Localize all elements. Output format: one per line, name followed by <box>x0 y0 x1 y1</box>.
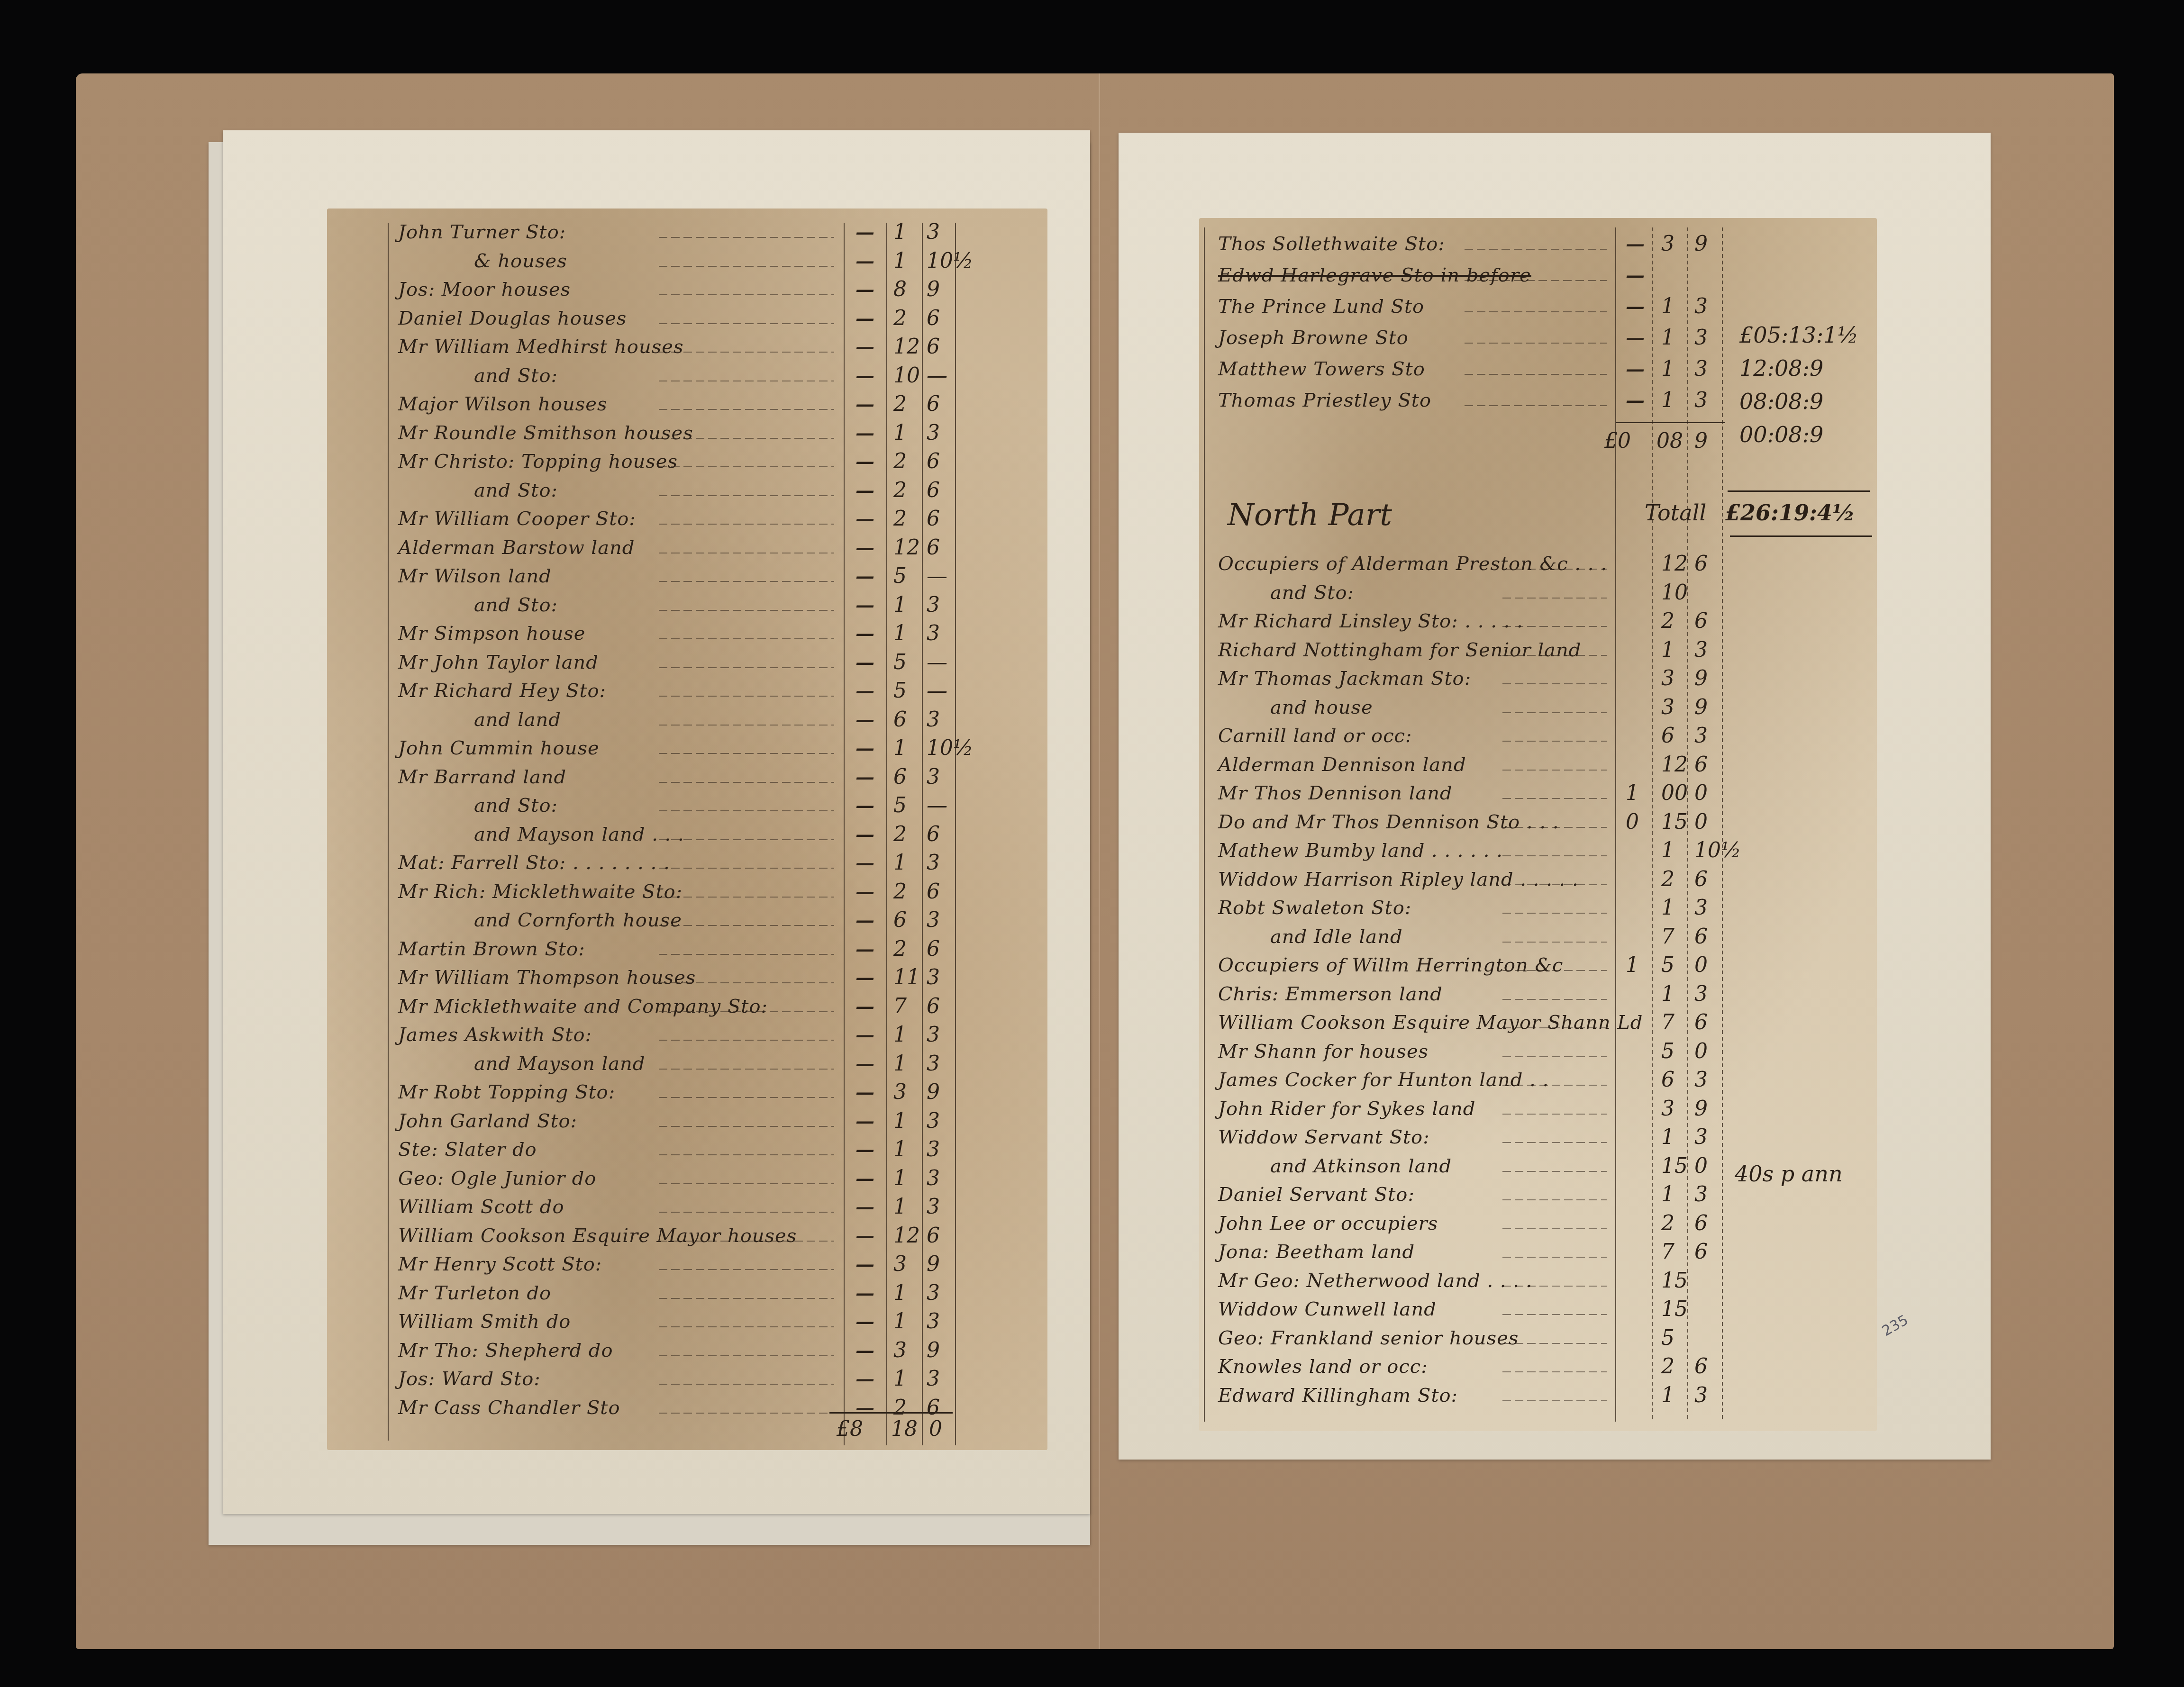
grand-total-bottom-rule <box>1730 535 1872 537</box>
leader-line <box>659 1355 834 1356</box>
ledger-shillings: 2 <box>893 304 907 333</box>
ledger-pounds: — <box>855 734 874 762</box>
ledger-pounds: — <box>855 706 874 734</box>
ledger-pence: 3 <box>1694 1066 1708 1094</box>
ledger-row: Knowles land or occ:26 <box>1199 1352 1872 1381</box>
leader-line <box>659 610 834 611</box>
ledger-entry-name: The Prince Lund Sto <box>1218 292 1424 321</box>
leader-line <box>1502 683 1607 684</box>
ledger-entry-name: Mr Rich: Micklethwaite Sto: <box>398 878 682 906</box>
leader-line <box>659 524 834 525</box>
ledger-pence: 0 <box>1694 951 1708 980</box>
ledger-shillings: 15 <box>1661 1295 1688 1324</box>
ledger-shillings: 6 <box>893 706 907 734</box>
ledger-shillings: 1 <box>893 218 907 246</box>
ledger-entry-name: Mr Richard Hey Sto: <box>398 677 606 705</box>
ledger-shillings: 1 <box>893 1279 907 1307</box>
right-manuscript-page: Thos Sollethwaite Sto:—39Edwd Harlegrave… <box>1199 218 1877 1431</box>
ledger-pence: 6 <box>1694 923 1708 951</box>
ledger-pence: 3 <box>927 1193 940 1221</box>
leader-line <box>1465 311 1607 312</box>
ledger-row: Mr Thos Dennison land1000 <box>1199 779 1872 807</box>
ledger-row: Mr Simpson house—13 <box>327 619 1038 648</box>
ledger-row: Mr Geo: Netherwood land . . . .15 <box>1199 1267 1872 1295</box>
ledger-shillings: 7 <box>1661 1008 1674 1037</box>
ledger-pounds: — <box>855 447 874 476</box>
ledger-shillings: 1 <box>893 1050 907 1078</box>
ledger-row: William Cookson Esquire Mayor Shann Ld76 <box>1199 1008 1872 1037</box>
leader-line <box>659 1040 834 1041</box>
ledger-pounds: — <box>855 763 874 791</box>
ledger-shillings: 2 <box>893 878 907 906</box>
ledger-pounds: — <box>855 1021 874 1049</box>
ledger-row: Thos Sollethwaite Sto:—39 <box>1199 230 1872 258</box>
ledger-pence: — <box>927 791 947 820</box>
ledger-row: John Cummin house—110½ <box>327 734 1038 762</box>
ledger-row: Occupiers of Willm Herrington &c150 <box>1199 951 1872 980</box>
ledger-entry-name: Ste: Slater do <box>398 1135 537 1164</box>
ledger-entry-name: Jos: Ward Sto: <box>398 1365 541 1393</box>
ledger-entry-name: Thomas Priestley Sto <box>1218 386 1431 415</box>
ledger-pence: 6 <box>927 992 940 1021</box>
ledger-entry-name: John Cummin house <box>398 734 600 762</box>
ledger-row: and Sto:—13 <box>327 591 1038 619</box>
ledger-row: Robt Swaleton Sto:13 <box>1199 894 1872 922</box>
ledger-row: Carnill land or occ:63 <box>1199 722 1872 750</box>
margin-sum: £05:13:1½ <box>1739 322 1858 348</box>
ledger-entry-name: Mr Turleton do <box>398 1279 551 1307</box>
ledger-row: Mathew Bumby land . . . . . .110½ <box>1199 836 1872 865</box>
leader-line <box>659 925 834 926</box>
ledger-entry-name: and Idle land <box>1270 923 1403 951</box>
ledger-pounds: 0 <box>1626 808 1639 836</box>
ledger-pence: 9 <box>1694 693 1708 722</box>
ledger-pence: 6 <box>927 935 940 963</box>
ledger-row: Chris: Emmerson land13 <box>1199 980 1872 1008</box>
ledger-row: William Cookson Esquire Mayor houses—126 <box>327 1222 1038 1250</box>
ledger-row: Jona: Beetham land76 <box>1199 1238 1872 1266</box>
ledger-shillings: 3 <box>893 1078 907 1107</box>
ledger-pence: 3 <box>1694 324 1708 352</box>
left-manuscript-page: John Turner Sto:—13& houses—110½Jos: Moo… <box>327 209 1047 1450</box>
ledger-row: Mr Richard Hey Sto:—5— <box>327 677 1038 705</box>
ledger-pence: — <box>927 562 947 590</box>
ledger-pounds: — <box>855 1050 874 1078</box>
ledger-pounds: — <box>855 1250 874 1279</box>
ledger-shillings: 1 <box>1661 292 1674 321</box>
ledger-row: Alderman Dennison land126 <box>1199 751 1872 779</box>
ledger-shillings: 5 <box>893 648 907 677</box>
ledger-row: Ste: Slater do—13 <box>327 1135 1038 1164</box>
ledger-row: Martin Brown Sto:—26 <box>327 935 1038 963</box>
ledger-pence: 6 <box>927 878 940 906</box>
section-heading-north-part: North Part <box>1228 498 1392 533</box>
ledger-pounds: — <box>855 591 874 619</box>
ledger-row: Widdow Servant Sto:13 <box>1199 1123 1872 1152</box>
ledger-entry-name: Mr Barrand land <box>398 763 566 791</box>
ledger-row: William Scott do—13 <box>327 1193 1038 1221</box>
ledger-shillings: 5 <box>1661 1324 1674 1352</box>
leader-line <box>659 868 834 869</box>
ledger-shillings: 1 <box>1661 1381 1674 1410</box>
ledger-entry-name: Matthew Towers Sto <box>1218 355 1425 383</box>
ledger-entry-name: Mr Shann for houses <box>1218 1037 1429 1066</box>
ledger-pence: 6 <box>927 820 940 849</box>
ledger-pence: 6 <box>927 304 940 333</box>
ledger-entry-name: Do and Mr Thos Dennison Sto . . . <box>1218 808 1559 836</box>
leader-line <box>659 581 834 582</box>
leader-line <box>659 1212 834 1213</box>
ledger-pence: 3 <box>1694 355 1708 383</box>
ledger-shillings: 1 <box>1661 1180 1674 1209</box>
ledger-pounds: — <box>855 247 874 275</box>
ledger-row: Mr Henry Scott Sto:—39 <box>327 1250 1038 1279</box>
leader-line <box>659 266 834 267</box>
ledger-shillings: 6 <box>1661 722 1674 750</box>
right-subtotal-shillings: 08 <box>1656 429 1683 453</box>
ledger-pounds: — <box>855 935 874 963</box>
ledger-row: and Idle land76 <box>1199 923 1872 951</box>
ledger-entry-name: Mr Tho: Shepherd do <box>398 1336 613 1365</box>
ledger-pence: 3 <box>927 849 940 877</box>
ledger-row: Mr William Cooper Sto:—26 <box>327 505 1038 533</box>
leader-line <box>659 409 834 410</box>
ledger-row: Jos: Ward Sto:—13 <box>327 1365 1038 1393</box>
ledger-row: Mr Wilson land—5— <box>327 562 1038 590</box>
ledger-shillings: 1 <box>893 1365 907 1393</box>
leader-line <box>659 1326 834 1327</box>
ledger-pence: 3 <box>1694 980 1708 1008</box>
leader-line <box>1502 598 1607 599</box>
ledger-pence: 3 <box>927 706 940 734</box>
ledger-pence: 9 <box>927 1078 940 1107</box>
grand-total-value: £26:19:4½ <box>1725 500 1855 526</box>
ledger-shillings: 6 <box>893 763 907 791</box>
ledger-shillings: 2 <box>1661 1352 1674 1381</box>
ledger-entry-name: Geo: Ogle Junior do <box>398 1164 596 1193</box>
leader-line <box>1502 999 1607 1000</box>
ledger-pence: 6 <box>1694 1238 1708 1266</box>
ledger-shillings: 15 <box>1661 1267 1688 1295</box>
ledger-pounds: — <box>855 304 874 333</box>
ledger-shillings: 2 <box>1661 865 1674 894</box>
leader-line <box>659 954 834 955</box>
leader-line <box>1502 1314 1607 1315</box>
ledger-pounds: — <box>1626 230 1645 258</box>
ledger-row: and Sto:10 <box>1199 579 1872 607</box>
leader-line <box>659 782 834 783</box>
ledger-entry-name: Mr William Medhirst houses <box>398 333 683 361</box>
ledger-pounds: — <box>855 562 874 590</box>
ledger-row: Geo: Frankland senior houses5 <box>1199 1324 1872 1352</box>
ledger-pence: 6 <box>927 534 940 562</box>
ledger-shillings: 12 <box>893 333 920 361</box>
leader-line <box>659 381 834 381</box>
ledger-pence: 10½ <box>927 734 974 762</box>
ledger-entry-name: Martin Brown Sto: <box>398 935 585 963</box>
ledger-shillings: 12 <box>1661 751 1688 779</box>
ledger-row: Mr Thomas Jackman Sto:39 <box>1199 664 1872 693</box>
ledger-pounds: — <box>855 1107 874 1135</box>
leader-line <box>659 1069 834 1070</box>
ledger-pounds: — <box>855 1279 874 1307</box>
ledger-entry-name: William Cookson Esquire Mayor Shann Ld <box>1218 1008 1643 1037</box>
ledger-pence: 3 <box>927 619 940 648</box>
leader-line <box>1502 1114 1607 1115</box>
ledger-shillings: 3 <box>893 1336 907 1365</box>
left-total-pounds: £8 <box>837 1417 863 1441</box>
ledger-pounds: — <box>855 390 874 418</box>
ledger-pence: 3 <box>927 1307 940 1336</box>
ledger-pence: 6 <box>1694 1008 1708 1037</box>
ledger-pounds: — <box>855 1307 874 1336</box>
ledger-entry-name: Mr Wilson land <box>398 562 552 590</box>
ledger-shillings: 1 <box>893 419 907 447</box>
leader-line <box>1502 770 1607 771</box>
leader-line <box>1502 1027 1607 1028</box>
ledger-entry-name: and Sto: <box>474 791 558 820</box>
ledger-pence: 6 <box>1694 1352 1708 1381</box>
ledger-pence: 6 <box>927 505 940 533</box>
leader-line <box>659 1298 834 1299</box>
ledger-pence: 9 <box>1694 664 1708 693</box>
ledger-pounds: — <box>855 476 874 505</box>
ledger-row: James Askwith Sto:—13 <box>327 1021 1038 1049</box>
ledger-entry-name: and house <box>1270 693 1373 722</box>
ledger-pounds: — <box>855 1135 874 1164</box>
ledger-shillings: 1 <box>893 1164 907 1193</box>
margin-note-per-annum: 40s p ann <box>1735 1161 1843 1187</box>
ledger-shillings: 1 <box>1661 894 1674 922</box>
ledger-entry-name: Mr Christo: Topping houses <box>398 447 678 476</box>
leader-line <box>659 1413 834 1414</box>
leader-line <box>1465 280 1607 281</box>
ledger-pence: 3 <box>927 419 940 447</box>
ledger-pence: 3 <box>1694 894 1708 922</box>
ledger-entry-name: Jos: Moor houses <box>398 275 571 304</box>
ledger-pounds: — <box>1626 355 1645 383</box>
leader-line <box>1502 1085 1607 1086</box>
ledger-pence: 9 <box>927 275 940 304</box>
ledger-shillings: 2 <box>1661 607 1674 635</box>
ledger-pounds: — <box>855 963 874 992</box>
ledger-entry-name: Carnill land or occ: <box>1218 722 1412 750</box>
ledger-shillings: 3 <box>893 1250 907 1279</box>
leader-line <box>659 294 834 295</box>
ledger-pence: 3 <box>1694 1123 1708 1152</box>
ledger-pounds: — <box>855 791 874 820</box>
ledger-shillings: 3 <box>1661 664 1674 693</box>
ledger-shillings: 1 <box>1661 324 1674 352</box>
ledger-pounds: — <box>855 1365 874 1393</box>
ledger-pounds: — <box>855 648 874 677</box>
ledger-pence: — <box>927 677 947 705</box>
leader-line <box>1465 249 1607 250</box>
leader-line <box>1502 1171 1607 1172</box>
ledger-pence: 0 <box>1694 808 1708 836</box>
ledger-row: and house39 <box>1199 693 1872 722</box>
ledger-pence: 0 <box>1694 1037 1708 1066</box>
ledger-entry-name: James Cocker for Hunton land . . <box>1218 1066 1549 1094</box>
ledger-shillings: 5 <box>893 677 907 705</box>
leader-line <box>1502 942 1607 943</box>
ledger-row: and land—63 <box>327 706 1038 734</box>
ledger-entry-name: Mr Geo: Netherwood land . . . . <box>1218 1267 1532 1295</box>
ledger-entry-name: William Scott do <box>398 1193 564 1221</box>
ledger-shillings: 8 <box>893 275 907 304</box>
ledger-row: John Turner Sto:—13 <box>327 218 1038 246</box>
right-subtotal-rule <box>1616 422 1725 423</box>
ledger-row: Mat: Farrell Sto: . . . . . . . .—13 <box>327 849 1038 877</box>
ledger-entry-name: John Turner Sto: <box>398 218 566 246</box>
ledger-shillings: 10 <box>893 362 920 390</box>
ledger-entry-name: Mr Simpson house <box>398 619 585 648</box>
ledger-entry-name: Occupiers of Willm Herrington &c <box>1218 951 1563 980</box>
leader-line <box>659 1097 834 1098</box>
ledger-entry-name: Chris: Emmerson land <box>1218 980 1443 1008</box>
ledger-row: Alderman Barstow land—126 <box>327 534 1038 562</box>
leader-line <box>1502 655 1607 656</box>
ledger-entry-name: John Garland Sto: <box>398 1107 577 1135</box>
ledger-pounds: — <box>855 992 874 1021</box>
ledger-entry-name: and Sto: <box>474 476 558 505</box>
ledger-pence: 0 <box>1694 1152 1708 1180</box>
ledger-shillings: 12 <box>1661 550 1688 578</box>
leader-line <box>1502 855 1607 856</box>
leader-line <box>659 725 834 726</box>
ledger-pence: 3 <box>1694 1381 1708 1410</box>
ledger-entry-name: and Sto: <box>1270 579 1354 607</box>
ledger-row: Widdow Cunwell land15 <box>1199 1295 1872 1324</box>
leader-line <box>1502 1056 1607 1057</box>
ledger-row: James Cocker for Hunton land . .63 <box>1199 1066 1872 1094</box>
leader-line <box>659 1126 834 1127</box>
ledger-pounds: — <box>855 1078 874 1107</box>
ledger-pounds: — <box>855 906 874 934</box>
ledger-entry-name: Major Wilson houses <box>398 390 608 418</box>
ledger-entry-name: Edwd Harlegrave Sto in before <box>1218 261 1531 290</box>
ledger-row: Mr Rich: Micklethwaite Sto:—26 <box>327 878 1038 906</box>
ledger-pounds: — <box>855 419 874 447</box>
right-subtotal-pounds: £0 <box>1604 429 1631 453</box>
ledger-entry-name: Mat: Farrell Sto: . . . . . . . . <box>398 849 670 877</box>
ledger-pence: 6 <box>927 476 940 505</box>
leader-line <box>1502 884 1607 885</box>
ledger-shillings: 2 <box>893 820 907 849</box>
leader-line <box>659 696 834 697</box>
ledger-entry-name: Daniel Servant Sto: <box>1218 1180 1415 1209</box>
ledger-entry-name: Geo: Frankland senior houses <box>1218 1324 1519 1352</box>
ledger-entry-name: and Sto: <box>474 362 558 390</box>
leader-line <box>659 638 834 639</box>
ledger-row: John Lee or occupiers26 <box>1199 1209 1872 1238</box>
ledger-pounds: — <box>1626 386 1645 415</box>
ledger-entry-name: Mr Thomas Jackman Sto: <box>1218 664 1471 693</box>
ledger-row: and Mayson land—13 <box>327 1050 1038 1078</box>
ledger-row: Mr Roundle Smithson houses—13 <box>327 419 1038 447</box>
ledger-pence: 3 <box>927 218 940 246</box>
ledger-row: John Rider for Sykes land39 <box>1199 1095 1872 1123</box>
ledger-row: and Mayson land . . .—26 <box>327 820 1038 849</box>
ledger-pence: 6 <box>1694 865 1708 894</box>
ledger-shillings: 1 <box>893 591 907 619</box>
ledger-row: Major Wilson houses—26 <box>327 390 1038 418</box>
ledger-pence: 3 <box>927 1279 940 1307</box>
ledger-shillings: 12 <box>893 534 920 562</box>
ledger-pence: 3 <box>927 1021 940 1049</box>
ledger-row: and Sto:—26 <box>327 476 1038 505</box>
ledger-pounds: — <box>855 1193 874 1221</box>
leader-line <box>1502 1343 1607 1344</box>
leader-line <box>659 1384 834 1385</box>
ledger-pounds: — <box>855 849 874 877</box>
margin-sum: 12:08:9 <box>1739 355 1823 381</box>
leader-line <box>1502 1257 1607 1258</box>
ledger-pounds: — <box>855 362 874 390</box>
ledger-shillings: 2 <box>1661 1209 1674 1238</box>
ledger-pence: 6 <box>1694 550 1708 578</box>
ledger-entry-name: Mr Henry Scott Sto: <box>398 1250 602 1279</box>
leader-line <box>659 553 834 553</box>
ledger-shillings: 1 <box>893 849 907 877</box>
ledger-pounds: — <box>855 1222 874 1250</box>
mount-board-fold <box>1099 73 1100 1649</box>
ledger-entry-name: Joseph Browne Sto <box>1218 324 1409 352</box>
ledger-entry-name: Richard Nottingham for Senior land <box>1218 636 1581 664</box>
leader-line <box>659 1183 834 1184</box>
ledger-pence: 9 <box>927 1336 940 1365</box>
ledger-shillings: 1 <box>893 1021 907 1049</box>
leader-line <box>659 897 834 898</box>
grand-total-label: Totall <box>1645 500 1706 526</box>
ledger-shillings: 1 <box>893 1107 907 1135</box>
ledger-row: Mr William Thompson houses—113 <box>327 963 1038 992</box>
ledger-entry-name: Mr Micklethwaite and Company Sto: <box>398 992 768 1021</box>
ledger-shillings: 5 <box>893 791 907 820</box>
ledger-shillings: 7 <box>1661 1238 1674 1266</box>
ledger-row: Do and Mr Thos Dennison Sto . . .0150 <box>1199 808 1872 836</box>
ledger-entry-name: Occupiers of Alderman Preston &c . . . <box>1218 550 1607 578</box>
leader-line <box>1465 405 1607 406</box>
leader-line <box>659 438 834 439</box>
ledger-shillings: 6 <box>893 906 907 934</box>
ledger-pence: 3 <box>927 763 940 791</box>
ledger-shillings: 5 <box>1661 1037 1674 1066</box>
ledger-entry-name: Widdow Cunwell land <box>1218 1295 1437 1324</box>
ledger-row: Mr William Medhirst houses—126 <box>327 333 1038 361</box>
left-total-pence: 0 <box>929 1417 942 1441</box>
ledger-shillings: 2 <box>893 935 907 963</box>
ledger-entry-name: and land <box>474 706 561 734</box>
leader-line <box>659 810 834 811</box>
ledger-pounds: — <box>855 1336 874 1365</box>
ledger-shillings: 15 <box>1661 1152 1688 1180</box>
ledger-shillings: 6 <box>1661 1066 1674 1094</box>
leader-line <box>1502 741 1607 742</box>
ledger-entry-name: Mr John Taylor land <box>398 648 599 677</box>
ledger-row: Mr Christo: Topping houses—26 <box>327 447 1038 476</box>
ledger-shillings: 5 <box>893 562 907 590</box>
ledger-row: Mr Richard Linsley Sto: . . . . .26 <box>1199 607 1872 635</box>
ledger-shillings: 1 <box>1661 355 1674 383</box>
ledger-shillings: 5 <box>1661 951 1674 980</box>
ledger-row: Edwd Harlegrave Sto in before— <box>1199 261 1872 290</box>
ledger-pence: 0 <box>1694 779 1708 807</box>
ledger-shillings: 3 <box>1661 230 1674 258</box>
ledger-row: Geo: Ogle Junior do—13 <box>327 1164 1038 1193</box>
leader-line <box>1502 569 1607 570</box>
ledger-shillings: 1 <box>893 1193 907 1221</box>
